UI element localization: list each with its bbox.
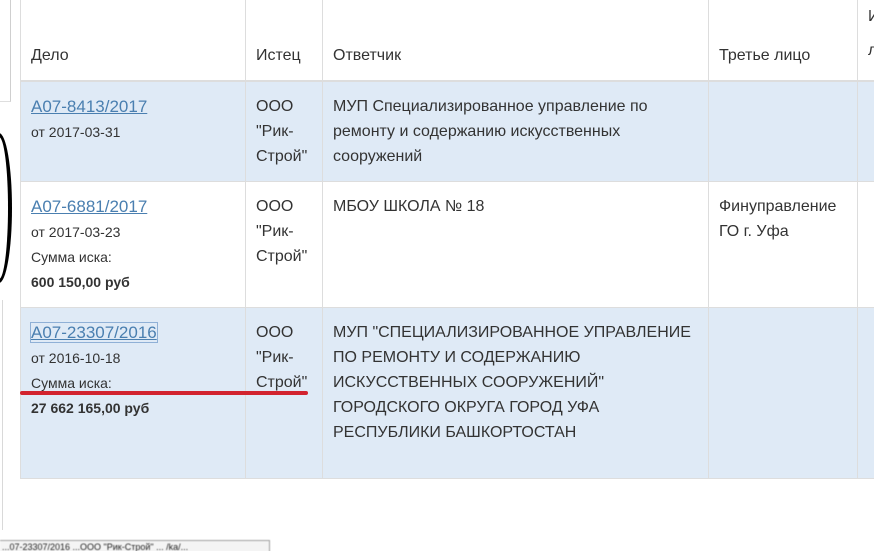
plaintiff-cell: ООО "Рик-Строй" (246, 81, 323, 182)
status-bar-url: ...07-23307/2016 ...ООО "Рик-Строй" ... … (0, 540, 270, 551)
other-party-cell (858, 308, 874, 479)
third-party-cell (709, 81, 858, 182)
claim-amount-value: 27 662 165,00 руб (31, 396, 235, 421)
claim-amount-label: Сумма иска: (31, 245, 235, 270)
third-party-cell (709, 308, 858, 479)
defendant-cell: МБОУ ШКОЛА № 18 (323, 182, 709, 308)
case-date: от 2017-03-23 (31, 220, 235, 245)
table-row: А07-6881/2017 от 2017-03-23 Сумма иска: … (21, 182, 874, 308)
case-number-link[interactable]: А07-23307/2016 (31, 323, 157, 342)
column-header-defendant[interactable]: Ответчик (323, 0, 709, 81)
hand-drawn-bracket-annotation (0, 133, 12, 283)
column-header-other-party[interactable]: И л (858, 0, 874, 81)
case-cell: А07-8413/2017 от 2017-03-31 (21, 81, 246, 182)
case-cell: А07-6881/2017 от 2017-03-23 Сумма иска: … (21, 182, 246, 308)
defendant-cell: МУП "СПЕЦИАЛИЗИРОВАННОЕ УПРАВЛЕНИЕ ПО РЕ… (323, 308, 709, 479)
case-number-link[interactable]: А07-8413/2017 (31, 97, 147, 116)
case-date: от 2017-03-31 (31, 120, 235, 145)
other-party-cell (858, 81, 874, 182)
column-header-plaintiff[interactable]: Истец (246, 0, 323, 81)
red-underline-annotation (20, 391, 308, 395)
left-panel-border-lower (0, 300, 3, 530)
column-header-third-party[interactable]: Третье лицо (709, 0, 858, 81)
left-panel-border (0, 0, 11, 102)
table-header-row: Дело Истец Ответчик Третье лицо И л (21, 0, 874, 81)
defendant-cell: МУП Специализированное управление по рем… (323, 81, 709, 182)
column-header-case[interactable]: Дело (21, 0, 246, 81)
case-number-link[interactable]: А07-6881/2017 (31, 197, 147, 216)
plaintiff-cell: ООО "Рик-Строй" (246, 182, 323, 308)
third-party-cell: Финуправление ГО г. Уфа (709, 182, 858, 308)
other-party-cell (858, 182, 874, 308)
case-date: от 2016-10-18 (31, 346, 235, 371)
claim-amount-value: 600 150,00 руб (31, 270, 235, 295)
cases-table: Дело Истец Ответчик Третье лицо И л А07-… (20, 0, 874, 479)
table-row: А07-8413/2017 от 2017-03-31 ООО "Рик-Стр… (21, 81, 874, 182)
